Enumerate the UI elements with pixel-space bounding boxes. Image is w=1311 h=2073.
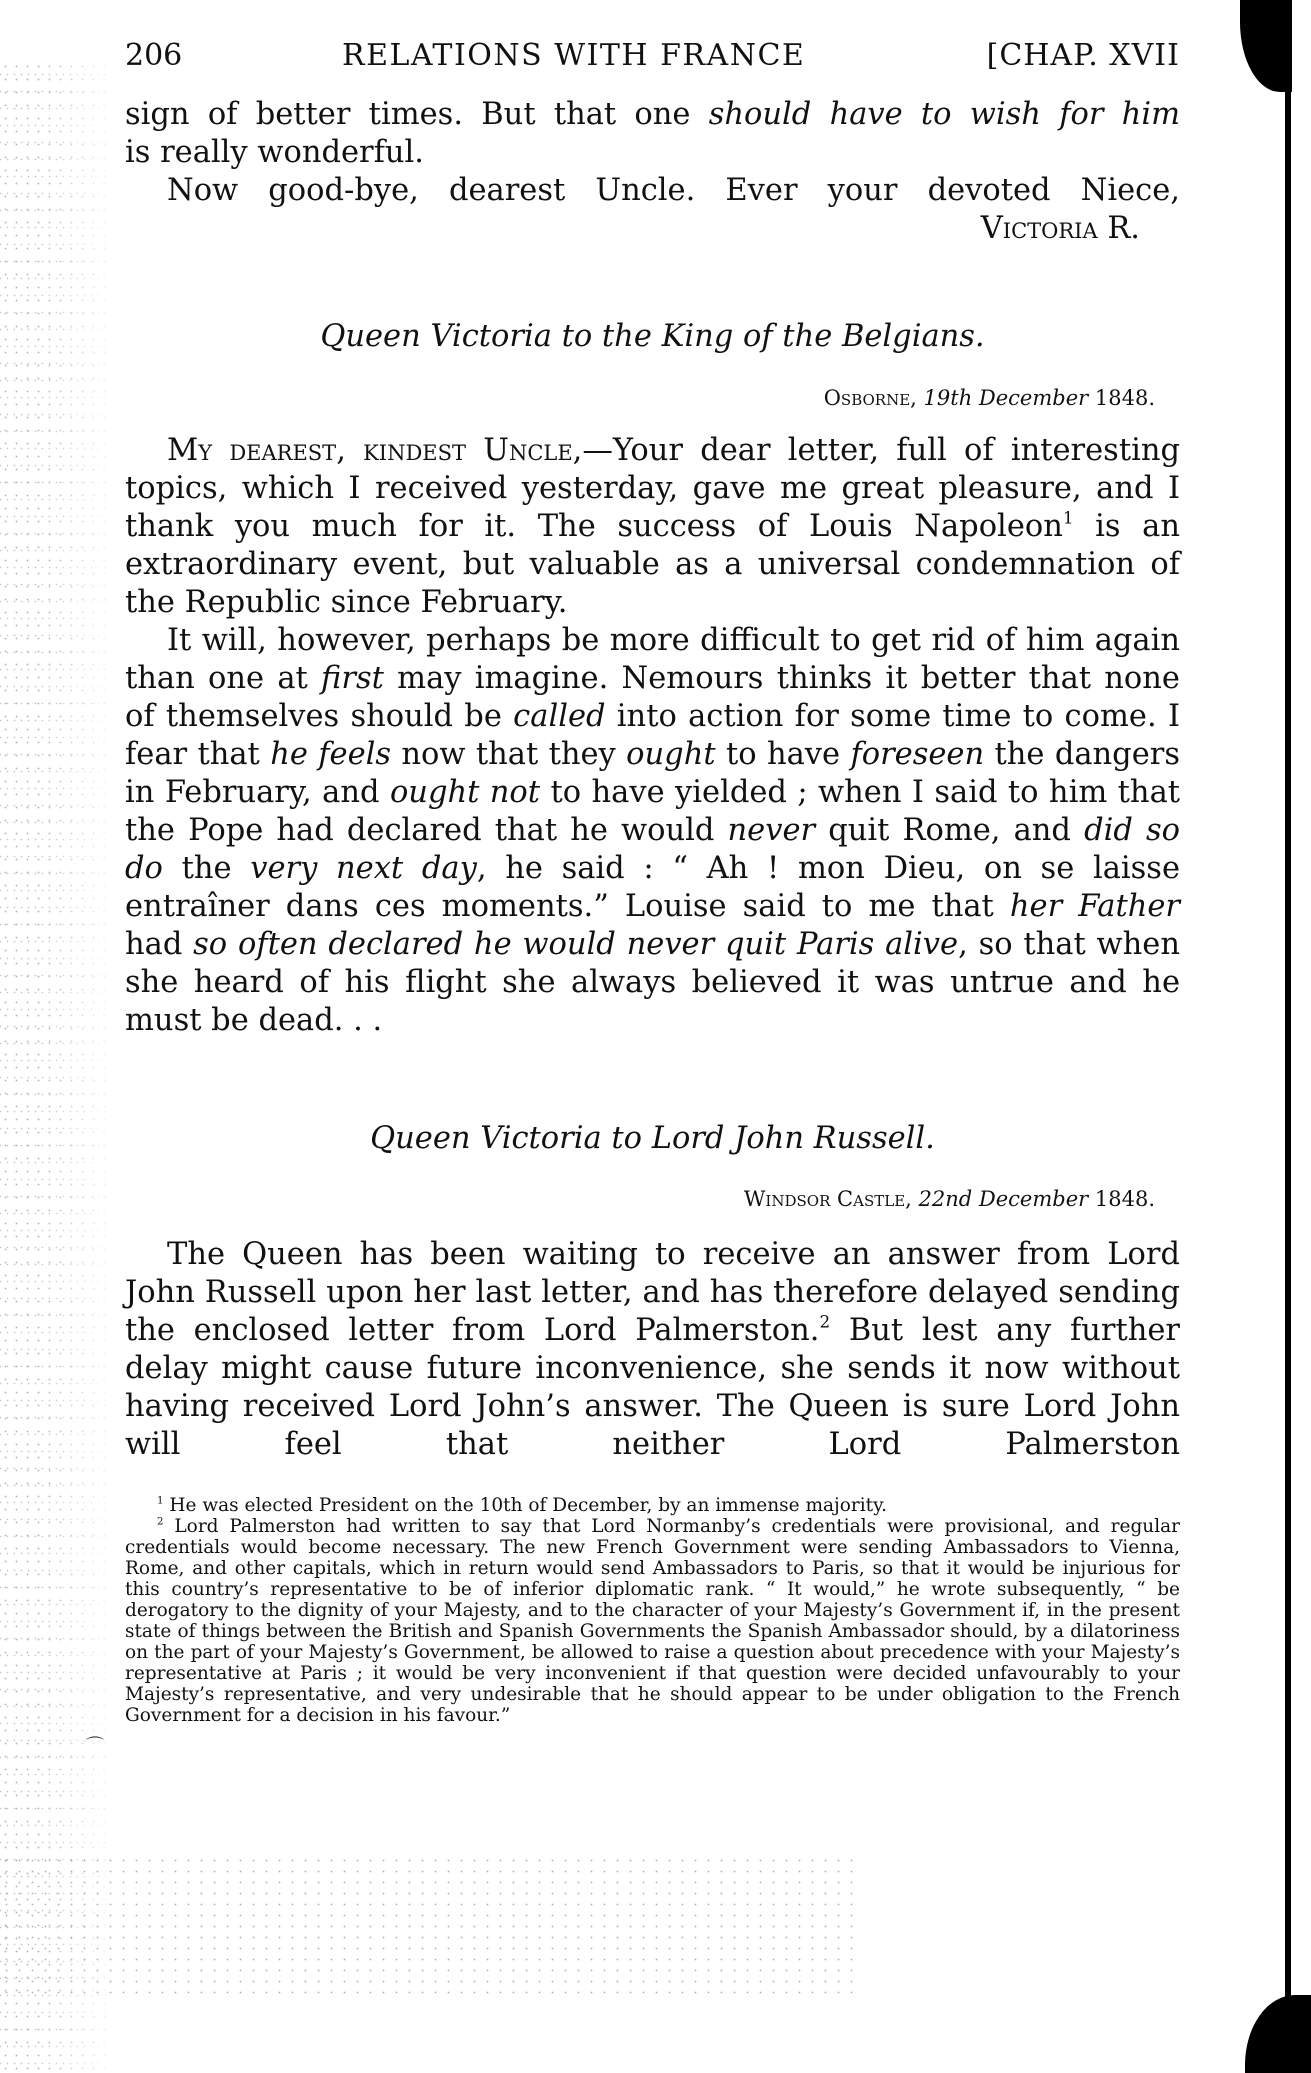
- dateline-2: Windsor Castle, 22nd December 1848.: [125, 1185, 1155, 1213]
- footnote-text: He was elected President on the 10th of …: [169, 1495, 887, 1516]
- italic-run: should have to wish for him: [709, 97, 1180, 132]
- letter-heading-1: Queen Victoria to the King of the Belgia…: [125, 318, 1180, 356]
- dateline-year: 1848.: [1095, 1187, 1155, 1211]
- footnote-text: Lord Palmerston had written to say that …: [125, 1516, 1180, 1726]
- footnote-ref-1[interactable]: 1: [1063, 507, 1074, 527]
- page-number: 206: [125, 36, 182, 76]
- text-run: quit Rome, and: [815, 813, 1084, 848]
- italic-run: first: [321, 661, 384, 696]
- binding-shadow-bottom: [1245, 1995, 1311, 2073]
- text-run: sign of better times. But that one: [125, 97, 709, 132]
- letter-paragraph: It will, however, perhaps be more diffic…: [125, 622, 1180, 1040]
- continued-paragraph-end: is really wonderful.: [125, 134, 1180, 172]
- italic-run: never: [728, 813, 816, 848]
- running-head: 206 RELATIONS WITH FRANCE [CHAP. XVII: [125, 36, 1180, 76]
- italic-run: foreseen: [850, 737, 984, 772]
- text-run: now that they: [391, 737, 626, 772]
- chapter-label: [CHAP. XVII: [987, 36, 1180, 76]
- closing-line: Now good-bye, dearest Uncle. Ever your d…: [125, 172, 1180, 210]
- footnote-1: 1 He was elected President on the 10th o…: [125, 1495, 1180, 1516]
- footnote-2: 2 Lord Palmerston had written to say tha…: [125, 1516, 1180, 1726]
- italic-run: ought: [626, 737, 715, 772]
- bottom-speckle: [0, 1855, 860, 1995]
- letter-heading-2: Queen Victoria to Lord John Russell.: [125, 1120, 1180, 1158]
- dateline-day: 19th: [924, 386, 973, 410]
- footnotes: 1 He was elected President on the 10th o…: [125, 1495, 1180, 1726]
- italic-run: so often declared he would never quit Pa…: [193, 927, 958, 962]
- letter-paragraph: The Queen has been waiting to receive an…: [125, 1236, 1180, 1464]
- continued-letter: sign of better times. But that one shoul…: [125, 96, 1180, 248]
- dateline-place: Osborne,: [824, 386, 917, 410]
- italic-run: her Father: [1010, 889, 1180, 924]
- footnote-ref-2[interactable]: 2: [820, 1311, 831, 1331]
- text-run: had: [125, 927, 193, 962]
- dateline-day: 22nd: [919, 1187, 973, 1211]
- italic-run: very next day: [250, 851, 477, 886]
- running-title: RELATIONS WITH FRANCE: [342, 36, 805, 76]
- italic-run: ought not: [390, 775, 540, 810]
- dateline-year: 1848.: [1095, 386, 1155, 410]
- letter-body-1: My dearest, kindest Uncle,—Your dear let…: [125, 432, 1180, 1040]
- text-run: to have: [716, 737, 851, 772]
- left-margin-speckle: [0, 60, 120, 2073]
- dateline-month: December: [979, 386, 1088, 410]
- margin-pencil-mark: ⌒: [86, 1732, 104, 1758]
- continued-paragraph: sign of better times. But that one shoul…: [125, 96, 1180, 134]
- salutation: My dearest, kindest Uncle,: [167, 433, 582, 468]
- letter-body-2: The Queen has been waiting to receive an…: [125, 1236, 1180, 1464]
- footnote-number: 2: [157, 1516, 163, 1527]
- dateline-month: December: [979, 1187, 1088, 1211]
- text-run: the: [163, 851, 250, 886]
- signature: Victoria R.: [125, 210, 1180, 248]
- italic-run: called: [513, 699, 605, 734]
- binding-edge-line: [1285, 80, 1291, 2070]
- italic-run: he feels: [270, 737, 391, 772]
- letter-paragraph: My dearest, kindest Uncle,—Your dear let…: [125, 432, 1180, 622]
- dateline-1: Osborne, 19th December 1848.: [125, 384, 1155, 412]
- footnote-number: 1: [157, 1495, 163, 1506]
- dateline-place: Windsor Castle,: [744, 1187, 912, 1211]
- binding-shadow-top: [1240, 0, 1292, 92]
- scanned-page: 206 RELATIONS WITH FRANCE [CHAP. XVII si…: [0, 0, 1311, 2073]
